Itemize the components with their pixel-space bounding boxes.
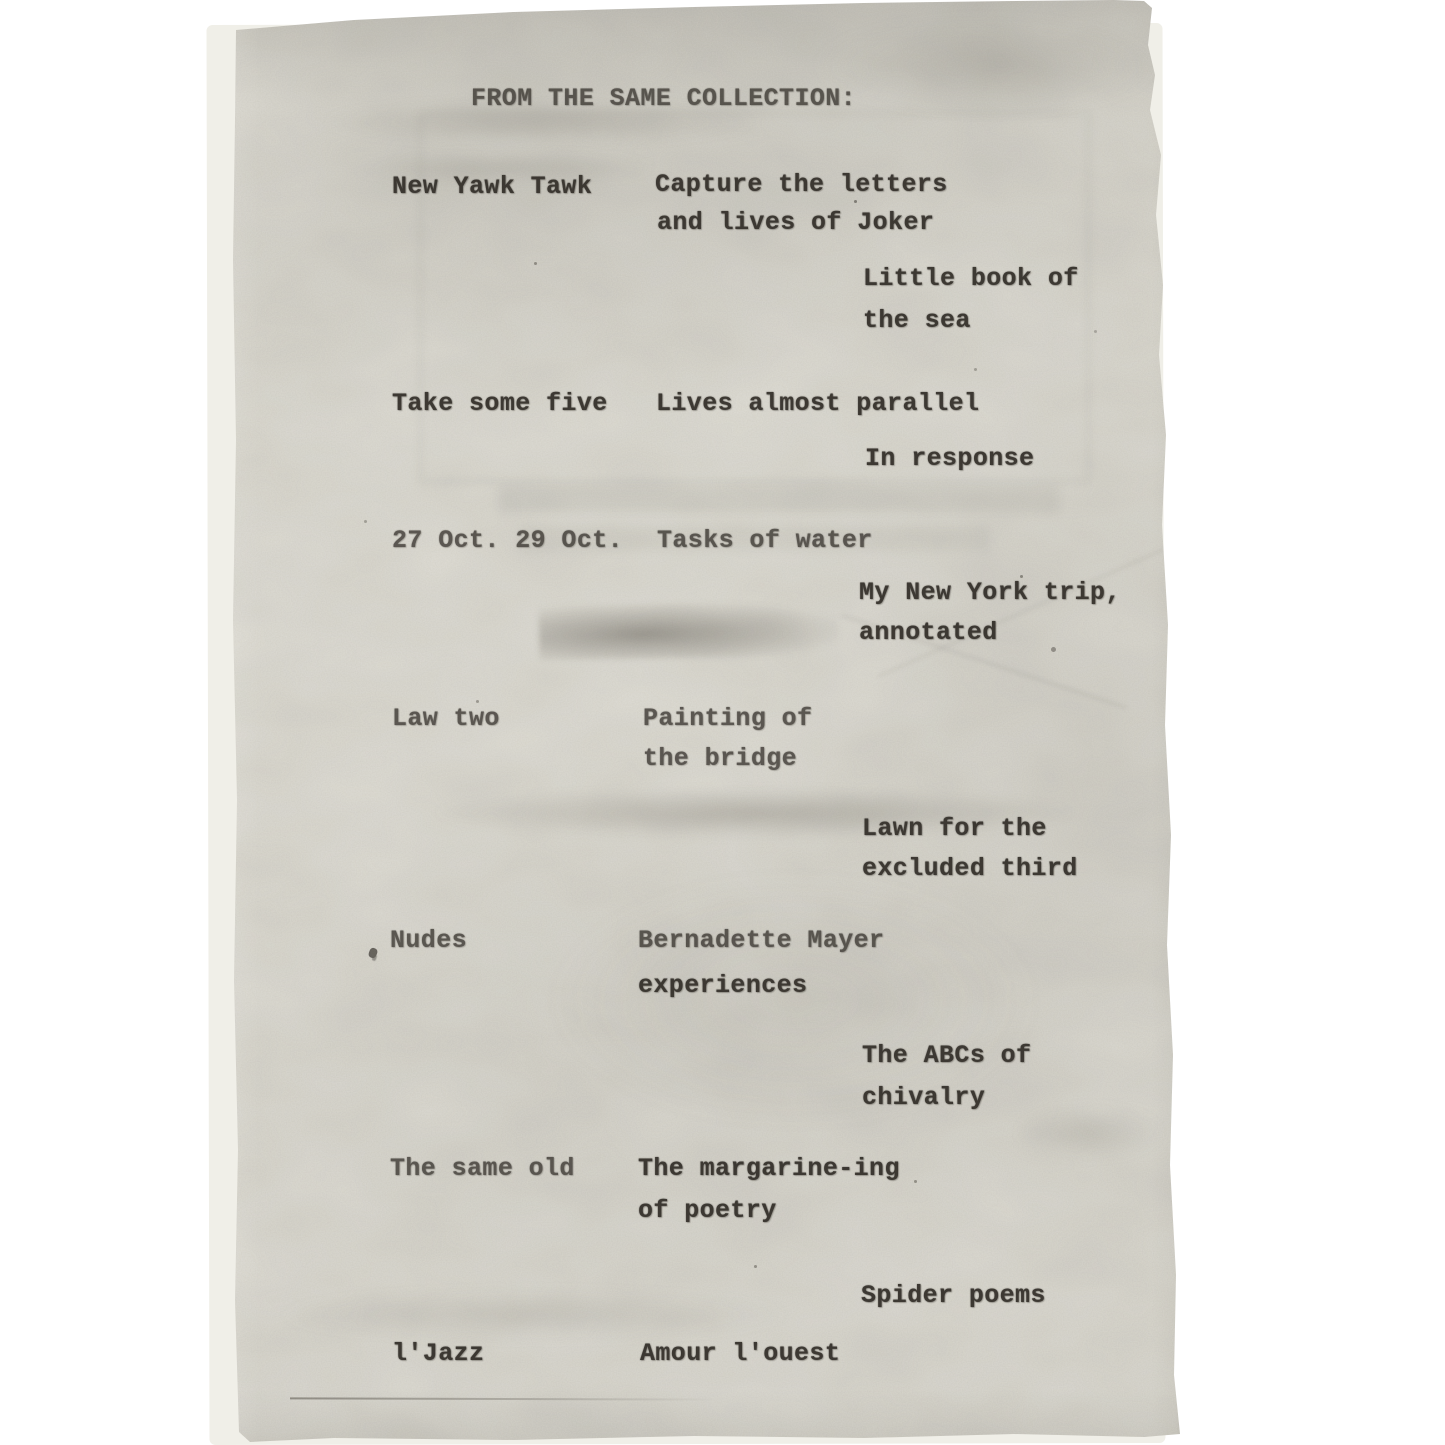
entry-indent-title-line: My New York trip, bbox=[859, 578, 1121, 608]
entry-left-label: New Yawk Tawk bbox=[392, 172, 592, 202]
entry-left-label: 27 Oct. 29 Oct. bbox=[392, 526, 623, 556]
photo-background: { "colors": { "background": "#ffffff", "… bbox=[0, 0, 1445, 1445]
smudge bbox=[1014, 1105, 1164, 1160]
entry-title-line: experiences bbox=[638, 971, 807, 1001]
entry-left-label: The same old bbox=[390, 1154, 575, 1184]
entry-title-line: and lives of Joker bbox=[657, 208, 934, 238]
bleedthrough-band bbox=[499, 486, 1059, 512]
entry-title-line: Capture the letters bbox=[655, 170, 948, 200]
ink-speck bbox=[854, 200, 857, 203]
entry-indent-title-line: In response bbox=[865, 444, 1034, 474]
entry-left-label: Nudes bbox=[390, 926, 467, 956]
collection-heading: FROM THE SAME COLLECTION: bbox=[471, 84, 856, 114]
paper-sheet: FROM THE SAME COLLECTION: New Yawk Tawk … bbox=[214, 0, 1186, 1445]
entry-title-line: Lives almost parallel bbox=[656, 389, 979, 419]
entry-left-label: Law two bbox=[392, 704, 500, 734]
smudge bbox=[814, 18, 1159, 113]
entry-indent-title-line: annotated bbox=[859, 618, 998, 648]
entry-title-line: The margarine-ing bbox=[638, 1154, 900, 1184]
entry-indent-title-line: Spider poems bbox=[861, 1281, 1046, 1311]
smudge bbox=[274, 1290, 794, 1340]
entry-title-line: the bridge bbox=[643, 744, 797, 774]
entry-left-label: Take some five bbox=[392, 389, 608, 419]
entry-title-line: Painting of bbox=[643, 704, 812, 734]
entry-left-label: l'Jazz bbox=[392, 1339, 484, 1369]
entry-title-line: Tasks of water bbox=[657, 526, 873, 556]
entry-indent-title-line: chivalry bbox=[862, 1083, 985, 1113]
smudge bbox=[539, 600, 840, 660]
entry-title-line: Bernadette Mayer bbox=[638, 926, 884, 956]
entry-indent-title-line: The ABCs of bbox=[862, 1041, 1031, 1071]
bleedthrough-box bbox=[419, 112, 1090, 483]
entry-indent-title-line: Little book of bbox=[863, 264, 1079, 294]
entry-indent-title-line: excluded third bbox=[862, 854, 1078, 884]
ink-speck bbox=[368, 947, 379, 959]
bleedthrough-line bbox=[877, 545, 1171, 678]
entry-title-line: Amour l'ouest bbox=[640, 1339, 840, 1369]
entry-indent-title-line: the sea bbox=[863, 306, 971, 336]
entry-indent-title-line: Lawn for the bbox=[862, 814, 1047, 844]
entry-title-line: of poetry bbox=[638, 1196, 777, 1226]
pencil-rule-line bbox=[290, 1397, 720, 1400]
